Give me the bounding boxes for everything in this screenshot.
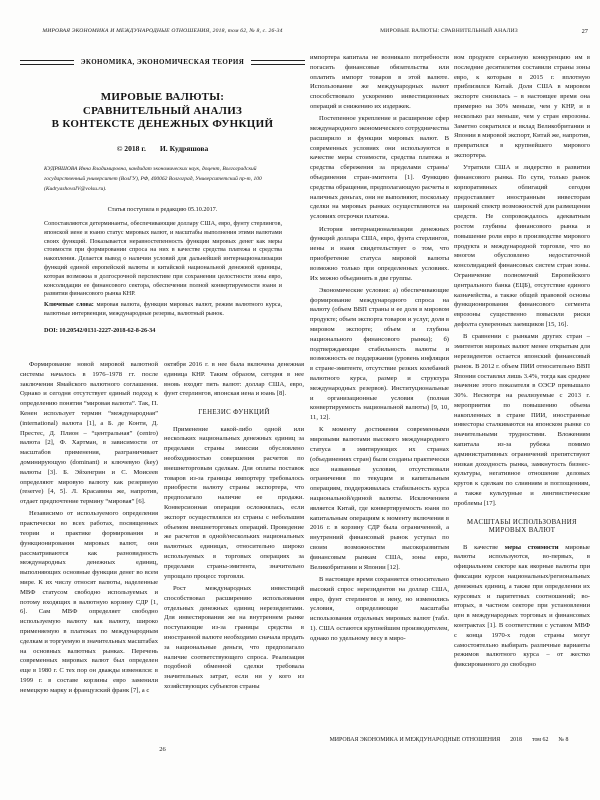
paragraph: К моменту достижения современными мировы… [310, 425, 449, 572]
copyright-year: © 2018 г. [117, 144, 146, 153]
paragraph: Утратили США и лидерство в развитии фина… [454, 163, 590, 330]
paragraph-text: В качестве [463, 544, 505, 551]
paragraph: В сравнении с рынками других стран – эми… [454, 332, 590, 508]
page-number-left: 26 [20, 746, 305, 753]
double-rule-right [251, 60, 305, 65]
paragraph: В качестве меры стоимости мировые валюты… [454, 543, 590, 670]
paragraph: Рост международных инвестиций способство… [164, 584, 304, 692]
article-title-line-3: В КОНТЕКСТЕ ДЕНЕЖНЫХ ФУНКЦИЙ [20, 118, 305, 132]
journal-spread: МИРОВАЯ ЭКОНОМИКА И МЕЖДУНАРОДНЫЕ ОТНОШЕ… [0, 0, 600, 800]
paragraph: вом продукте серьезную конкуренцию им в … [454, 53, 590, 161]
byline: © 2018 г.И. Кудряшова [20, 144, 305, 153]
running-footer: МИРОВАЯ ЭКОНОМИКА И МЕЖДУНАРОДНЫЕ ОТНОШЕ… [308, 737, 590, 743]
paragraph-text: мировые валюты используются, во-первых, … [454, 544, 590, 669]
article-title-line-1: МИРОВЫЕ ВАЛЮТЫ: [20, 91, 305, 105]
doi-line: DOI: 10.20542/0131-2227-2018-62-8-26-34 [44, 327, 282, 334]
section-heading-row: ЭКОНОМИКА, ЭКОНОМИЧЕСКАЯ ТЕОРИЯ [20, 58, 305, 66]
body-column-3: импортера капитала не возникало потребно… [310, 53, 449, 697]
section-heading-usage-line-1: МАСШТАБЫ ИСПОЛЬЗОВАНИЯ [454, 519, 590, 528]
received-date: Статья поступила в редакцию 05.10.2017. [20, 206, 305, 213]
page-right: МИРОВЫЕ ВАЛЮТЫ: СРАВНИТЕЛЬНЫЙ АНАЛИЗ 27 … [308, 25, 590, 775]
footer-year: 2018 [510, 737, 522, 743]
article-title: МИРОВЫЕ ВАЛЮТЫ: СРАВНИТЕЛЬНЫЙ АНАЛИЗ В К… [20, 91, 305, 132]
author-name: И. Кудряшова [160, 144, 208, 153]
paragraph: Применение какой-либо одной или нескольк… [164, 425, 304, 582]
footer-volume: том 62 [532, 737, 548, 743]
emphasis-term: меры стоимости [505, 544, 559, 551]
footer-issue: № 8 [558, 737, 568, 743]
page-left: МИРОВАЯ ЭКОНОМИКА И МЕЖДУНАРОДНЫЕ ОТНОШЕ… [20, 25, 305, 775]
paragraph: В настоящее время сохраняется относитель… [310, 575, 449, 644]
paragraph: импортера капитала не возникало потребно… [310, 53, 449, 112]
section-heading-genesis: ГЕНЕЗИС ФУНКЦИЙ [164, 409, 304, 418]
keywords-label: Ключевые слова: [44, 301, 94, 308]
body-column-4: вом продукте серьезную конкуренцию им в … [454, 53, 590, 721]
section-heading-usage-line-2: МИРОВЫХ ВАЛЮТ [454, 527, 590, 536]
section-heading-label: ЭКОНОМИКА, ЭКОНОМИЧЕСКАЯ ТЕОРИЯ [74, 58, 251, 66]
paragraph: октября 2016 г. в нее была включена дене… [164, 360, 304, 399]
body-column-1: Формирование новой мировой валютной сист… [20, 360, 158, 722]
paragraph: Формирование новой мировой валютной сист… [20, 360, 158, 507]
author-affiliation: КУДРЯШОВА Инна Владимировна, кандидат эк… [44, 164, 284, 195]
paragraph: Экономические условия: а) обеспечивающие… [310, 286, 449, 423]
body-column-2: октября 2016 г. в нее была включена дене… [164, 360, 304, 736]
footer-journal-name: МИРОВАЯ ЭКОНОМИКА И МЕЖДУНАРОДНЫЕ ОТНОШЕ… [330, 737, 501, 743]
keywords-line: Ключевые слова: мировая валюта, функции … [44, 301, 282, 319]
page-number-right: 27 [582, 28, 588, 35]
abstract-text: Сопоставляются детерминанты, обеспечиваю… [44, 220, 282, 299]
paragraph: Постепенное укрепление и расширение сфер… [310, 114, 449, 222]
article-title-line-2: СРАВНИТЕЛЬНЫЙ АНАЛИЗ [20, 105, 305, 119]
section-heading-usage: МАСШТАБЫ ИСПОЛЬЗОВАНИЯ МИРОВЫХ ВАЛЮТ [454, 519, 590, 536]
running-header-left: МИРОВАЯ ЭКОНОМИКА И МЕЖДУНАРОДНЫЕ ОТНОШЕ… [20, 28, 305, 34]
paragraph: Независимо от используемого определения … [20, 509, 158, 695]
paragraph: История интернационализации денежных фун… [310, 225, 449, 284]
running-header-right: МИРОВЫЕ ВАЛЮТЫ: СРАВНИТЕЛЬНЫЙ АНАЛИЗ [308, 28, 590, 34]
double-rule-left [20, 60, 74, 65]
